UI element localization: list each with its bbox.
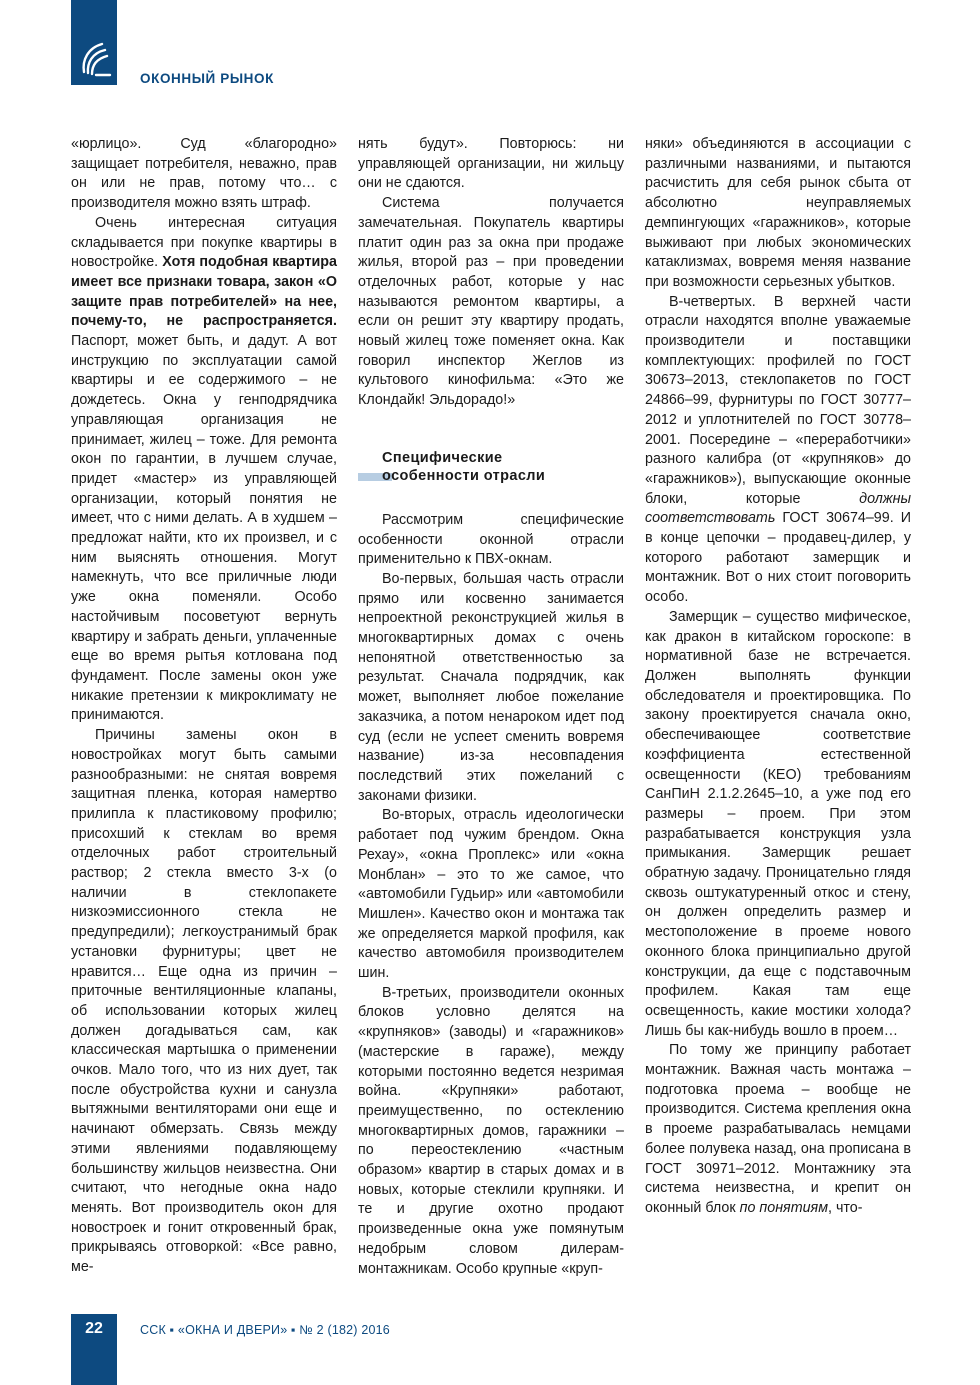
article-paragraph: Во-первых, большая часть отрасли прямо и… [358, 570, 624, 806]
article-column-2: нять будут». Повторюсь: ни управляющей о… [358, 135, 624, 1279]
article-paragraph: В-четвертых. В верхней части отрасли нах… [645, 293, 911, 608]
subheading-line-2: особенности отрасли [382, 467, 624, 485]
article-paragraph: няки» объединяются в ассоциации с различ… [645, 135, 911, 293]
article-paragraph: нять будут». Повторюсь: ни управляющей о… [358, 135, 624, 194]
subheading: Специфические особенности отрасли [358, 449, 624, 485]
article-column-1: «юрлицо». Суд «благородно» защищает потр… [71, 135, 337, 1278]
article-paragraph: Причины замены окон в новостройках могут… [71, 726, 337, 1278]
article-paragraph: Рассмотрим специфические особенности око… [358, 511, 624, 570]
article-paragraph: В-третьих, производители оконных блоков … [358, 984, 624, 1280]
article-column-3: няки» объединяются в ассоциации с различ… [645, 135, 911, 1219]
publication-footer: ССК ▪ «ОКНА И ДВЕРИ» ▪ № 2 (182) 2016 [140, 1323, 390, 1337]
article-paragraph: Система получается замечательная. Покупа… [358, 194, 624, 411]
page-number: 22 [71, 1320, 117, 1338]
subheading-line-1: Специфические [382, 449, 624, 467]
section-title: ОКОННЫЙ РЫНОК [140, 71, 274, 86]
ssk-logo-icon [76, 38, 112, 78]
article-paragraph: По тому же принципу работает монтажник. … [645, 1041, 911, 1218]
article-paragraph: Во-вторых, отрасль идеологически работае… [358, 806, 624, 983]
article-paragraph: Очень интересная ситуация складывается п… [71, 214, 337, 726]
article-paragraph: Замерщик – существо мифическое, как драк… [645, 608, 911, 1041]
article-paragraph: «юрлицо». Суд «благородно» защищает потр… [71, 135, 337, 214]
